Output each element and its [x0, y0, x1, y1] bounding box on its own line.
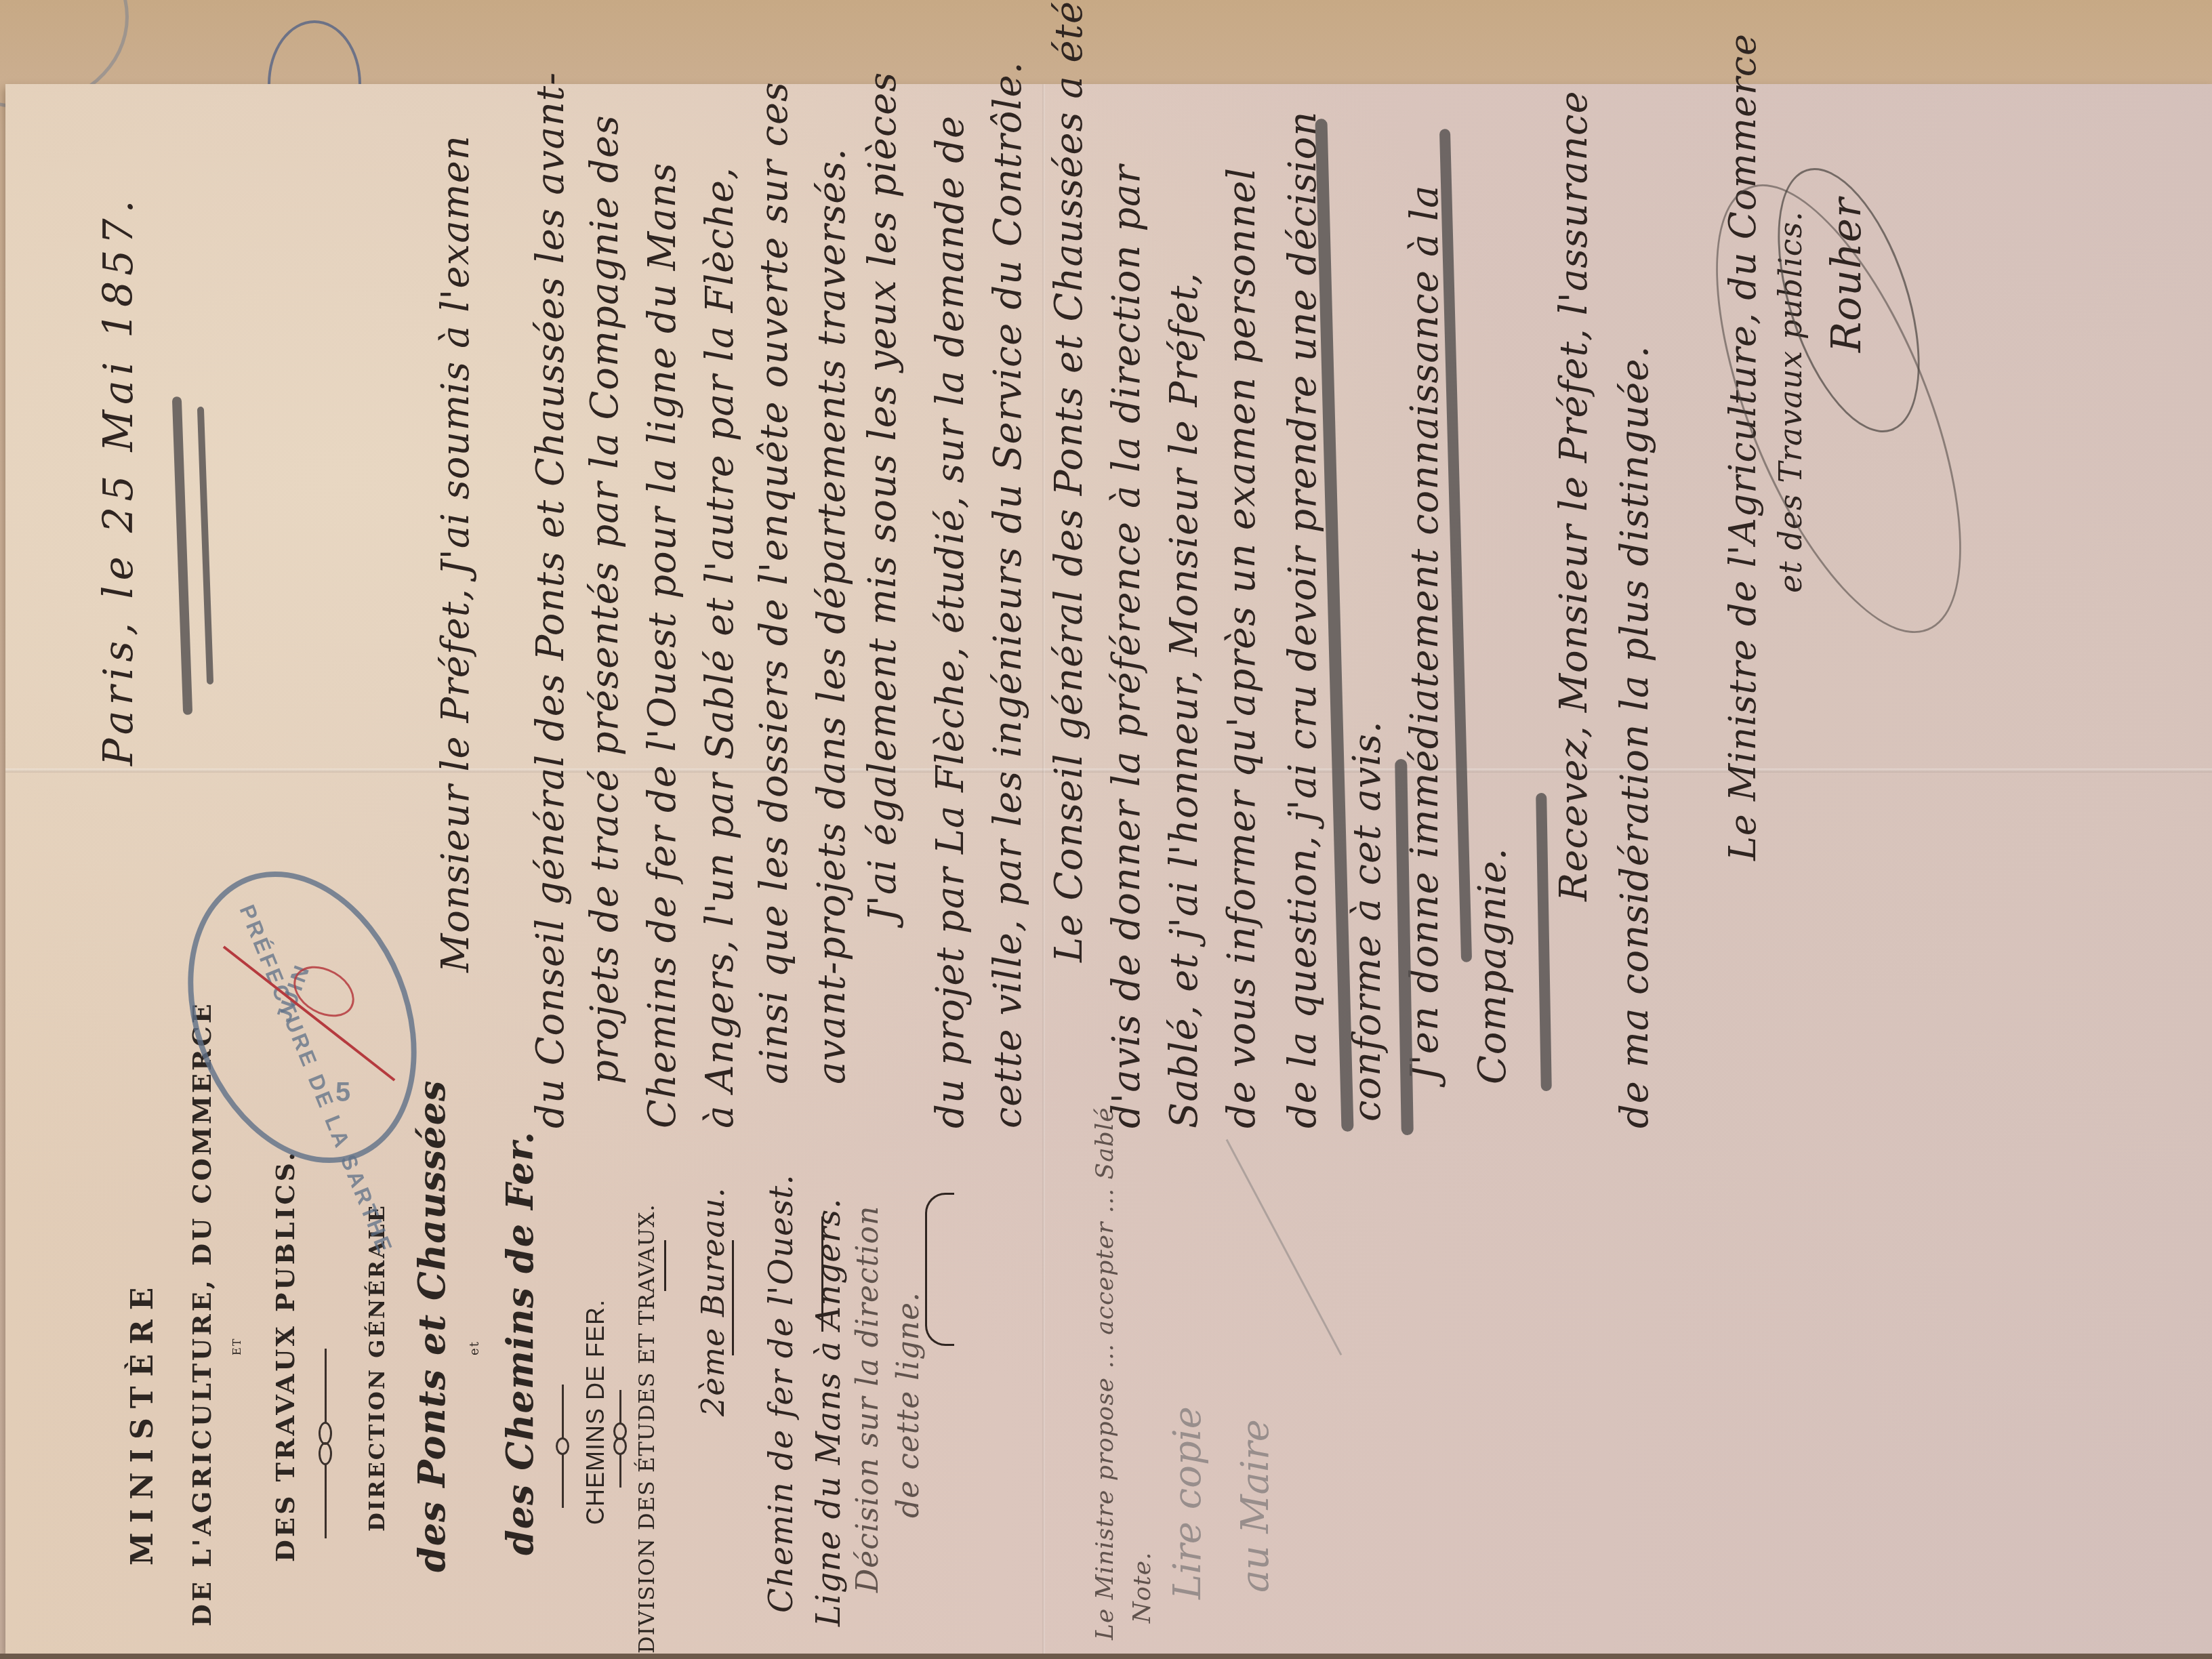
subject-rule-1	[732, 1240, 734, 1355]
body-line-18: Compagnie.	[1471, 847, 1515, 1084]
margin-annotation-ink: Le Ministre propose ... accepter ... Sab…	[1091, 1107, 1119, 1640]
body-line-2: du Conseil général des Ponts et Chaussée…	[529, 72, 573, 1128]
subject-line-4: de cette ligne.	[891, 1292, 926, 1518]
margin-brace	[925, 1193, 954, 1346]
margin-annotation-pencil-1: Lire copie	[1166, 1406, 1210, 1599]
letterhead-line2: DES TRAVAUX PUBLICS.	[270, 1149, 300, 1562]
margin-annotation-note: Note.	[1128, 1552, 1156, 1623]
closing-line-2: de ma considération la plus distinguée.	[1613, 346, 1657, 1128]
body-line-6: ainsi que les dossiers de l'enquête ouve…	[752, 81, 796, 1084]
body-line-13: Sablé, et j'ai l'honneur, Monsieur le Pr…	[1162, 272, 1206, 1128]
body-line-9: du projet par La Flèche, étudié, sur la …	[928, 115, 972, 1128]
subject-line-1: Chemin de fer de l'Ouest.	[762, 1174, 800, 1613]
divider-rule	[664, 1240, 666, 1291]
letterhead-ministry: MINISTÈRE	[125, 1278, 160, 1565]
dateline: Paris, le 25 Mai 1857.	[95, 194, 142, 766]
body-line-11: Le Conseil général des Ponts et Chaussée…	[1047, 1, 1091, 962]
body-line-5: à Angers, l'un par Sablé et l'autre par …	[698, 167, 742, 1128]
letterhead-division: DIVISION DES ÉTUDES ET TRAVAUX.	[634, 1204, 659, 1654]
body-line-12: d'avis de donner la préférence à la dire…	[1105, 165, 1149, 1128]
body-line-7: avant-projets dans les départements trav…	[810, 148, 854, 1084]
letterhead-ornament-3	[613, 1390, 627, 1488]
subject-rule-2	[821, 1216, 823, 1332]
body-line-1: Monsieur le Préfet, J'ai soumis à l'exam…	[434, 135, 478, 972]
closing-line-1: Recevez, Monsieur le Préfet, l'assurance	[1552, 90, 1596, 901]
letterhead-ornament	[319, 1349, 332, 1538]
letterhead-department: CHEMINS DE FER.	[581, 1299, 610, 1525]
body-line-4: Chemins de fer de l'Ouest pour la ligne …	[640, 163, 684, 1128]
margin-annotation-pencil-2: au Maire	[1233, 1419, 1277, 1593]
body-line-10: cette ville, par les ingénieurs du Servi…	[986, 62, 1030, 1128]
letterhead-line3: des Ponts et Chaussées	[410, 1080, 453, 1572]
page-edge	[0, 1654, 2212, 1659]
subject-line-3: Décision sur la direction	[851, 1206, 885, 1593]
letterhead-bureau: 2ème Bureau.	[695, 1187, 731, 1416]
subject-line-2: Ligne du Mans à Angers.	[810, 1198, 848, 1626]
body-line-14: de vous informer qu'après un examen pers…	[1220, 167, 1264, 1128]
letterhead-conjunction2: et	[468, 1340, 482, 1355]
stamp-date-day: 5	[335, 1078, 353, 1108]
letterhead-ornament-2	[556, 1385, 569, 1508]
body-line-3: projets de tracé présentés par la Compag…	[583, 115, 627, 1084]
minister-signature: Rouher	[1823, 197, 1870, 352]
letterhead-conjunction1: ET	[230, 1338, 243, 1355]
fold-line-vertical	[1042, 84, 1045, 1654]
letterhead-line4: des Chemins de Fer.	[498, 1131, 541, 1555]
letterhead-line1: DE L'AGRICULTURE, DU COMMERCE	[186, 1001, 217, 1626]
body-line-8: J'ai également mis sous les yeux les piè…	[861, 72, 905, 922]
